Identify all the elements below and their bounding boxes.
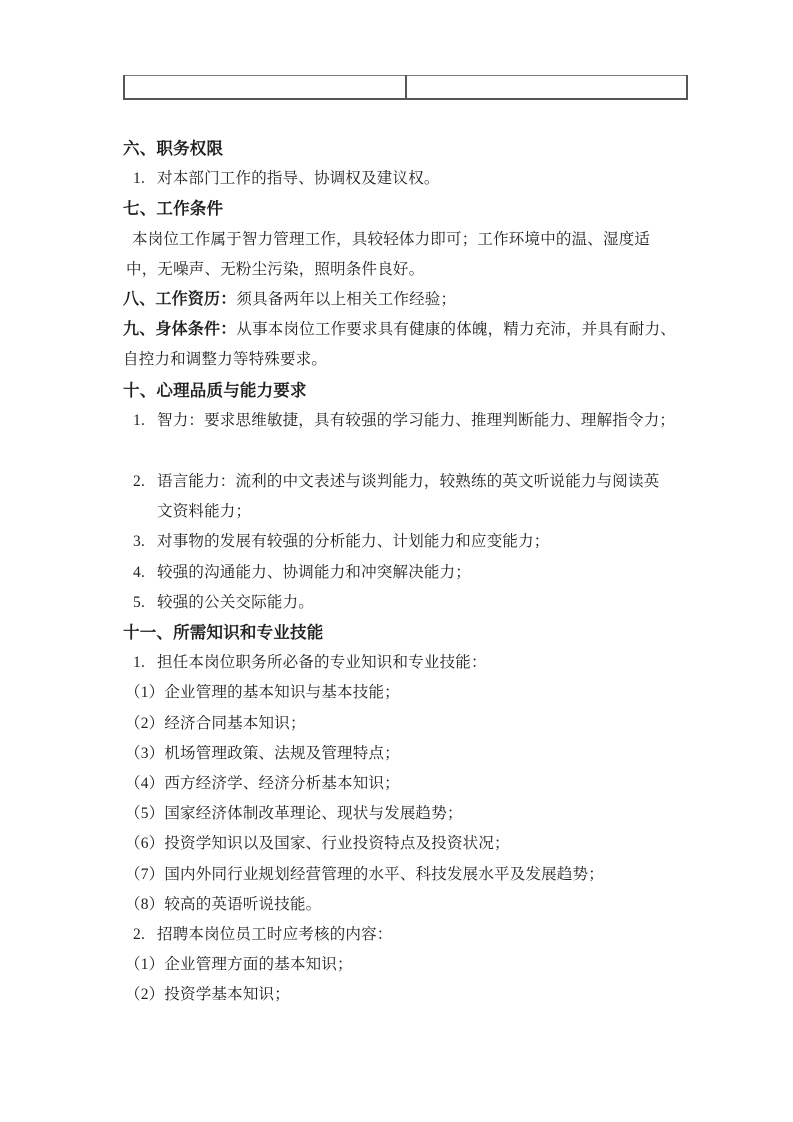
item-number: 2. xyxy=(133,467,157,497)
text-line: （2）投资学基本知识； xyxy=(123,980,676,1010)
item-number: 2. xyxy=(133,920,157,950)
document-content: 六、职务权限1.对本部门工作的指导、协调权及建议权。七、工作条件本岗位工作属于智… xyxy=(123,75,676,1011)
section-heading: 十、心理品质与能力要求 xyxy=(123,376,676,406)
line-text: （8）较高的英语听说技能。 xyxy=(125,896,321,913)
line-text: （2）经济合同基本知识； xyxy=(125,715,306,732)
line-text: 智力：要求思维敏捷，具有较强的学习能力、推理判断能力、理解指令力； xyxy=(157,412,675,429)
text-line: （3）机场管理政策、法规及管理特点； xyxy=(123,739,676,769)
item-number: 5. xyxy=(133,588,157,618)
line-text: （5）国家经济体制改革理论、现状与发展趋势； xyxy=(125,805,463,822)
line-text: 招聘本岗位员工时应考核的内容： xyxy=(157,926,393,943)
item-number: 4. xyxy=(133,558,157,588)
line-text: 从事本岗位工作要求具有健康的体魄，精力充沛，并具有耐力、 xyxy=(236,321,676,338)
line-text: 对本部门工作的指导、协调权及建议权。 xyxy=(157,170,440,187)
line-text: 中，无噪声、无粉尘污染，照明条件良好。 xyxy=(126,261,424,278)
list-item: 2.语言能力：流利的中文表述与谈判能力，较熟练的英文听说能力与阅读英 xyxy=(123,467,676,497)
text-line: （4）西方经济学、经济分析基本知识； xyxy=(123,769,676,799)
text-line: （6）投资学知识以及国家、行业投资特点及投资状况； xyxy=(123,829,676,859)
labeled-line: 九、身体条件：从事本岗位工作要求具有健康的体魄，精力充沛，并具有耐力、 xyxy=(123,315,676,345)
line-text: 七、工作条件 xyxy=(123,199,223,218)
line-text: 六、职务权限 xyxy=(123,139,223,158)
section-heading: 十一、所需知识和专业技能 xyxy=(123,618,676,648)
table-fragment xyxy=(123,75,688,100)
line-text: 担任本岗位职务所必备的专业知识和专业技能： xyxy=(157,654,487,671)
labeled-line: 八、工作资历：须具备两年以上相关工作经验； xyxy=(123,285,676,315)
line-text: 十一、所需知识和专业技能 xyxy=(123,623,323,642)
line-text: （6）投资学知识以及国家、行业投资特点及投资状况； xyxy=(125,835,510,852)
document-page: 六、职务权限1.对本部门工作的指导、协调权及建议权。七、工作条件本岗位工作属于智… xyxy=(0,0,793,1122)
text-line: （1）企业管理方面的基本知识； xyxy=(123,950,676,980)
document-body: 六、职务权限1.对本部门工作的指导、协调权及建议权。七、工作条件本岗位工作属于智… xyxy=(123,134,676,1011)
list-item: 1.对本部门工作的指导、协调权及建议权。 xyxy=(123,164,676,194)
list-item: 2.招聘本岗位员工时应考核的内容： xyxy=(123,920,676,950)
line-text: 自控力和调整力等特殊要求。 xyxy=(123,351,327,368)
item-number: 3. xyxy=(133,527,157,557)
line-text: （3）机场管理政策、法规及管理特点； xyxy=(125,745,400,762)
text-line: （5）国家经济体制改革理论、现状与发展趋势； xyxy=(123,799,676,829)
line-text: 较强的公关交际能力。 xyxy=(157,594,314,611)
line-text: 对事物的发展有较强的分析能力、计划能力和应变能力； xyxy=(157,533,550,550)
text-line: （1）企业管理的基本知识与基本技能； xyxy=(123,678,676,708)
text-line: 文资料能力； xyxy=(123,497,676,527)
line-text: 十、心理品质与能力要求 xyxy=(123,381,307,400)
list-item: 4.较强的沟通能力、协调能力和冲突解决能力； xyxy=(123,558,676,588)
line-text: 须具备两年以上相关工作经验； xyxy=(236,291,456,308)
line-text: （7）国内外同行业规划经营管理的水平、科技发展水平及发展趋势； xyxy=(125,866,604,883)
table-cell-right xyxy=(406,76,687,100)
text-line: 中，无噪声、无粉尘污染，照明条件良好。 xyxy=(123,255,676,285)
text-line: （8）较高的英语听说技能。 xyxy=(123,890,676,920)
blank-line xyxy=(123,436,676,467)
line-text: （2）投资学基本知识； xyxy=(125,986,290,1003)
line-text: （1）企业管理的基本知识与基本技能； xyxy=(125,684,400,701)
section-heading: 七、工作条件 xyxy=(123,194,676,224)
text-line: （2）经济合同基本知识； xyxy=(123,709,676,739)
line-text: 较强的沟通能力、协调能力和冲突解决能力； xyxy=(157,564,471,581)
text-line: 本岗位工作属于智力管理工作，具较轻体力即可；工作环境中的温、湿度适 xyxy=(123,225,676,255)
line-text: 本岗位工作属于智力管理工作，具较轻体力即可；工作环境中的温、湿度适 xyxy=(132,231,650,248)
table-cell-left xyxy=(124,76,406,100)
line-text: 文资料能力； xyxy=(157,503,251,520)
bold-label: 九、身体条件： xyxy=(123,321,236,338)
line-text: 语言能力：流利的中文表述与谈判能力，较熟练的英文听说能力与阅读英 xyxy=(157,473,659,490)
list-item: 1.担任本岗位职务所必备的专业知识和专业技能： xyxy=(123,648,676,678)
line-text: （1）企业管理方面的基本知识； xyxy=(125,956,353,973)
item-number: 1. xyxy=(133,648,157,678)
item-number: 1. xyxy=(133,406,157,436)
list-item: 3.对事物的发展有较强的分析能力、计划能力和应变能力； xyxy=(123,527,676,557)
section-heading: 六、职务权限 xyxy=(123,134,676,164)
list-item: 1.智力：要求思维敏捷，具有较强的学习能力、推理判断能力、理解指令力； xyxy=(123,406,676,436)
text-line: 自控力和调整力等特殊要求。 xyxy=(123,345,676,375)
item-number: 1. xyxy=(133,164,157,194)
bold-label: 八、工作资历： xyxy=(123,291,236,308)
line-text: （4）西方经济学、经济分析基本知识； xyxy=(125,775,400,792)
text-line: （7）国内外同行业规划经营管理的水平、科技发展水平及发展趋势； xyxy=(123,860,676,890)
list-item: 5.较强的公关交际能力。 xyxy=(123,588,676,618)
table-row xyxy=(124,76,687,100)
